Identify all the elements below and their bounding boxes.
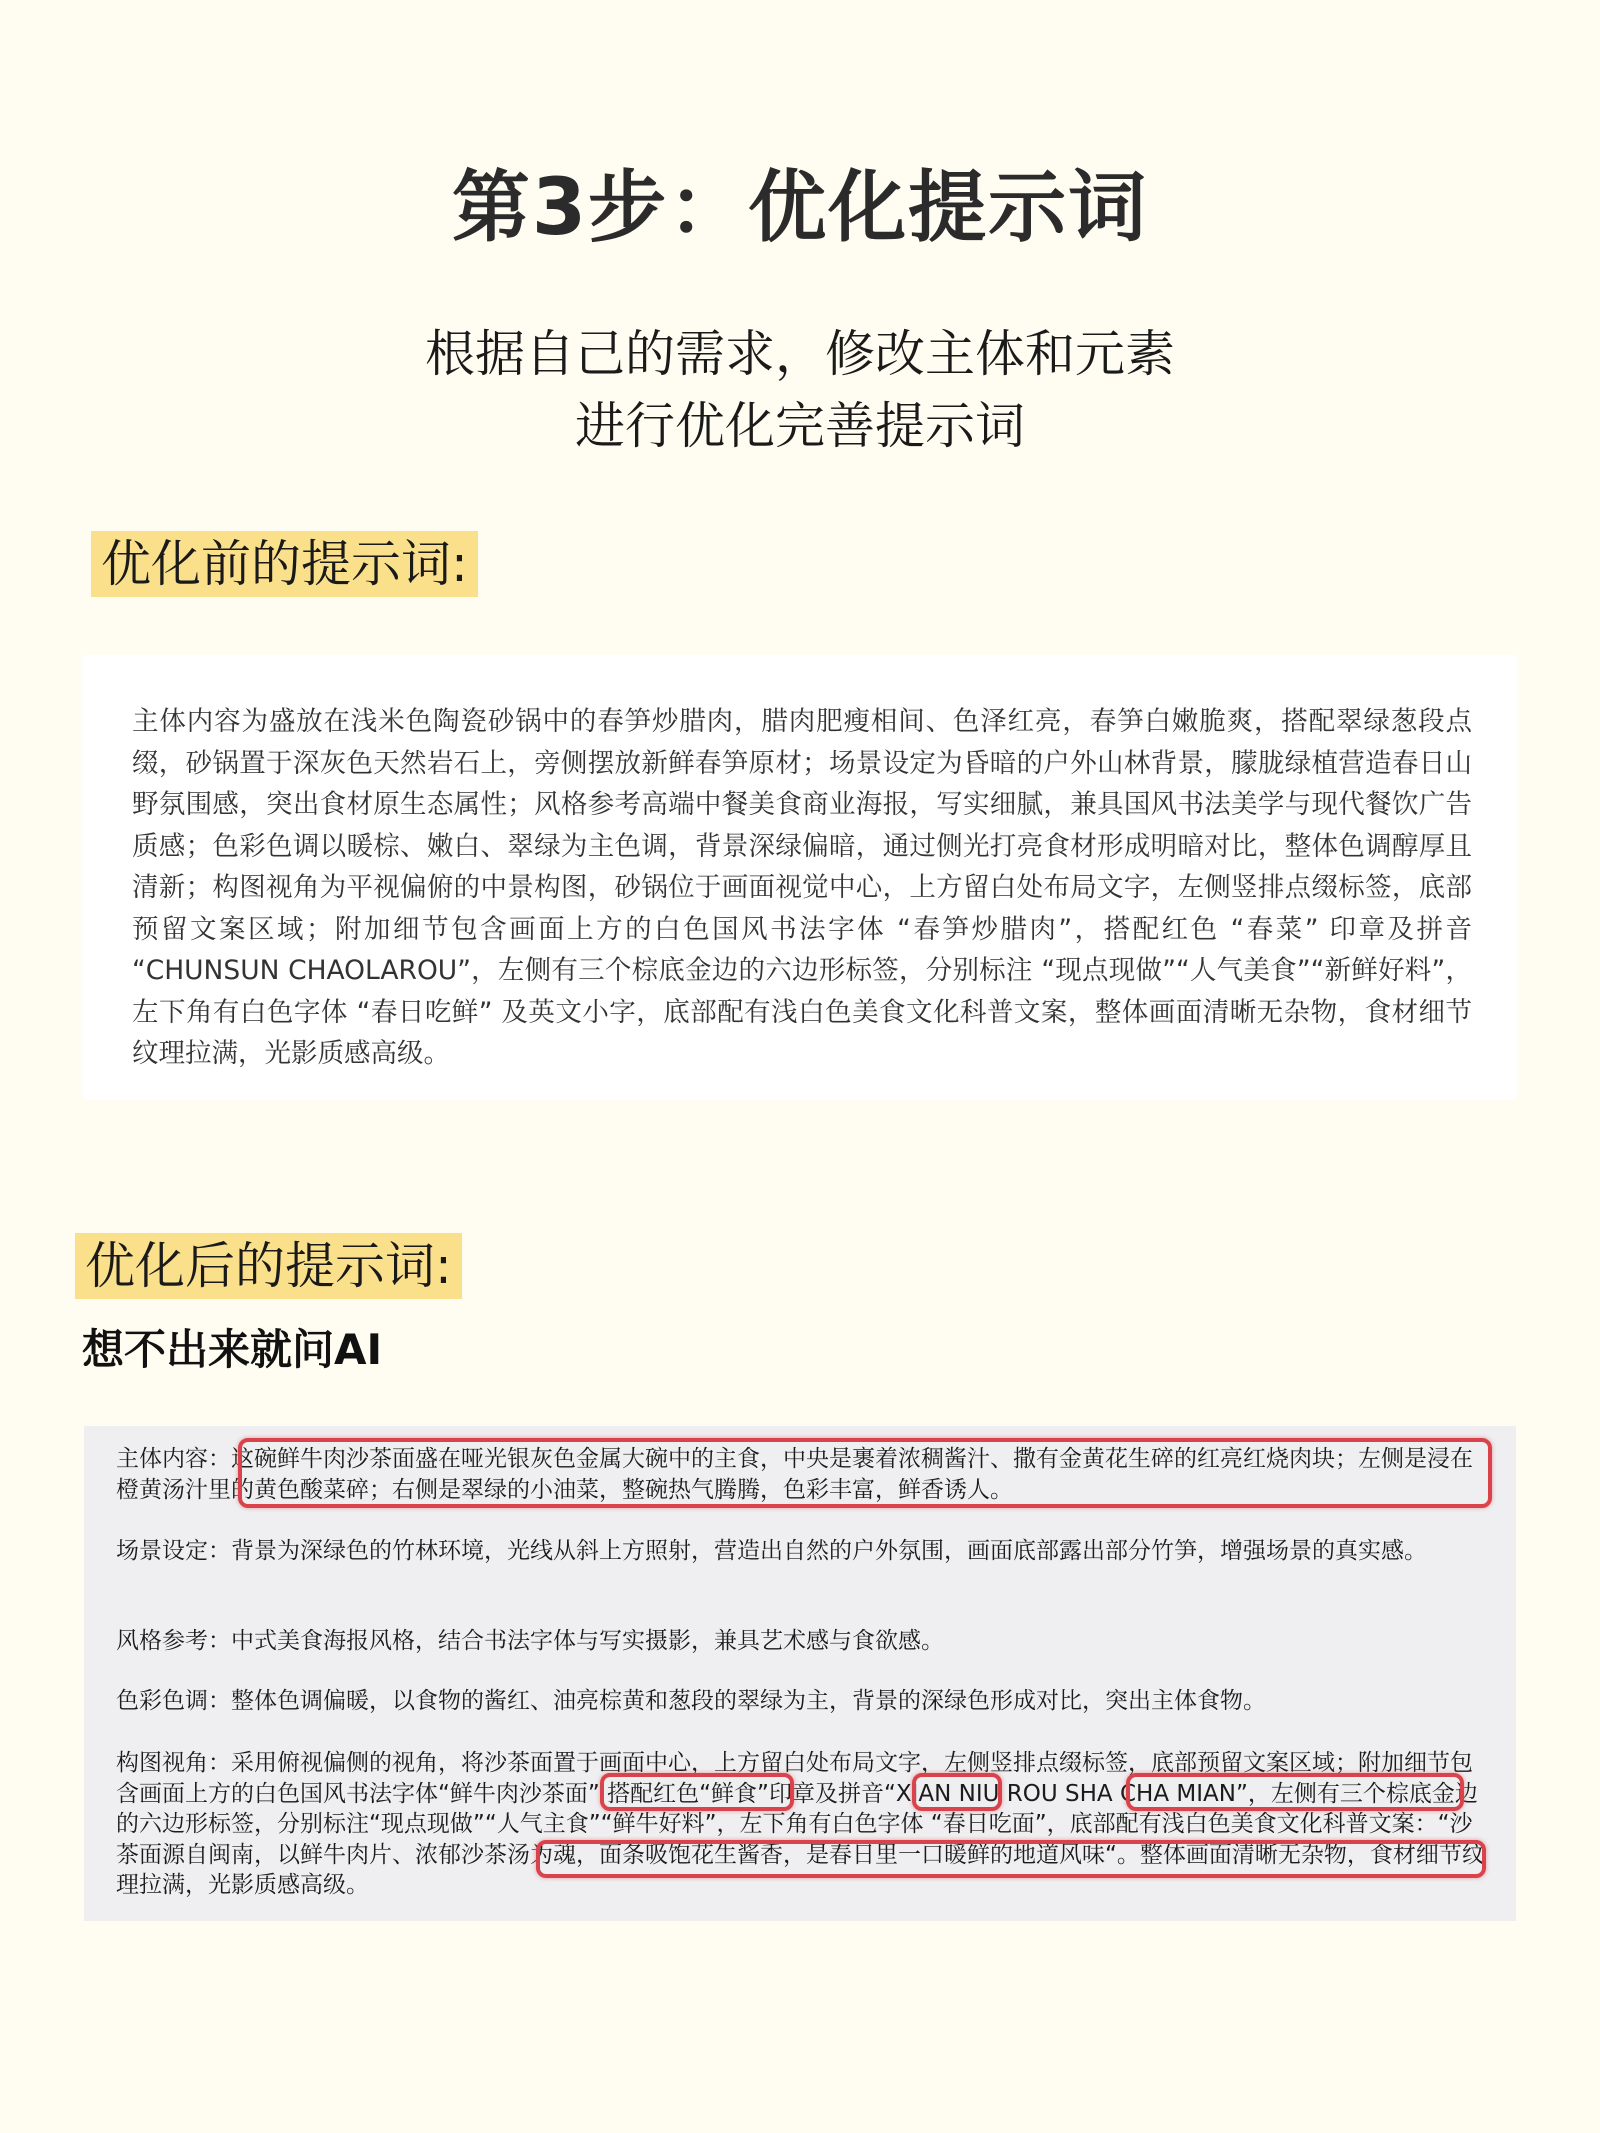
- before-section-label: 优化前的提示词:: [91, 531, 478, 597]
- subtitle-line: 根据自己的需求，修改主体和元素: [0, 318, 1600, 390]
- after-prompt-card: 主体内容：这碗鲜牛肉沙茶面盛在哑光银灰色金属大碗中的主食，中央是裹着浓稠酱汁、撒…: [84, 1426, 1516, 1921]
- highlight-box-seal-text: [912, 1773, 1002, 1811]
- paragraph-text: 中式美食海报风格，结合书法字体与写实摄影，兼具艺术感与食欲感。: [231, 1628, 944, 1654]
- subtitle-line: 进行优化完善提示词: [0, 390, 1600, 462]
- paragraph-text: 整体色调偏暖，以食物的酱红、油亮棕黄和葱段的翠绿为主，背景的深绿色形成对比，突出…: [231, 1688, 1266, 1714]
- highlight-box-title-text: [600, 1773, 794, 1811]
- prompt-paragraph-scene: 场景设定：背景为深绿色的竹林环境，光线从斜上方照射，营造出自然的户外氛围，画面底…: [116, 1536, 1486, 1567]
- before-prompt-text: 主体内容为盛放在浅米色陶瓷砂锅中的春笋炒腊肉，腊肉肥瘦相间、色泽红亮，春笋白嫩脆…: [132, 701, 1472, 1075]
- after-section-label: 优化后的提示词:: [75, 1233, 462, 1299]
- paragraph-key: 风格参考：: [116, 1628, 231, 1654]
- prompt-paragraph-style: 风格参考：中式美食海报风格，结合书法字体与写实摄影，兼具艺术感与食欲感。: [116, 1626, 1486, 1657]
- page-title: 第3步：优化提示词: [0, 158, 1600, 258]
- page-subtitle: 根据自己的需求，修改主体和元素 进行优化完善提示词: [0, 318, 1600, 462]
- prompt-paragraph-color: 色彩色调：整体色调偏暖，以食物的酱红、油亮棕黄和葱段的翠绿为主，背景的深绿色形成…: [116, 1686, 1486, 1717]
- highlight-box-subject: [238, 1438, 1492, 1508]
- highlight-box-pinyin: [1126, 1773, 1464, 1811]
- paragraph-key: 主体内容：: [116, 1446, 231, 1472]
- before-prompt-card: 主体内容为盛放在浅米色陶瓷砂锅中的春笋炒腊肉，腊肉肥瘦相间、色泽红亮，春笋白嫩脆…: [82, 655, 1518, 1100]
- paragraph-key: 场景设定：: [116, 1538, 231, 1564]
- paragraph-text: 背景为深绿色的竹林环境，光线从斜上方照射，营造出自然的户外氛围，画面底部露出部分…: [231, 1538, 1427, 1564]
- ask-ai-hint: 想不出来就问AI: [82, 1320, 382, 1380]
- highlight-box-copy-text: [536, 1840, 1486, 1878]
- paragraph-key: 构图视角：: [116, 1750, 231, 1776]
- paragraph-key: 色彩色调：: [116, 1688, 231, 1714]
